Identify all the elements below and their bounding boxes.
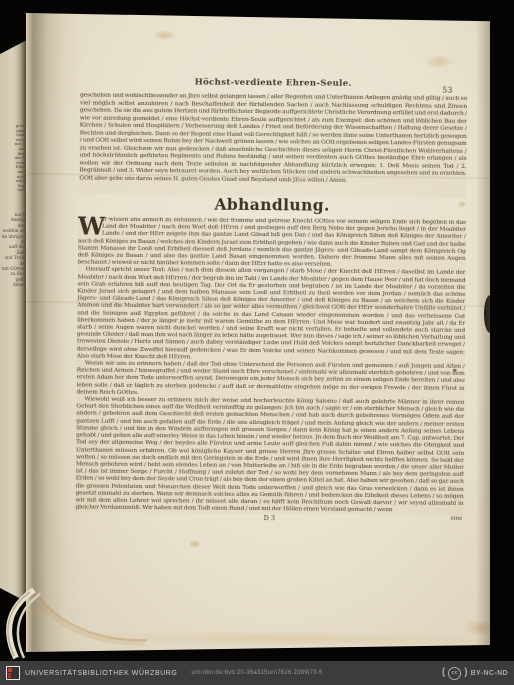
viewer-footer: UNIVERSITÄTSBIBLIOTHEK WÜRZBURG urn:nbn:… <box>0 661 514 685</box>
stain-mark <box>424 54 454 68</box>
page-content: Höchst-verdiente Ehren-Seule. 53 gescheh… <box>23 13 493 656</box>
cc-license-badge: ( cc ) BY-NC-ND <box>442 661 508 685</box>
stain-mark <box>188 539 201 548</box>
license-label: BY-NC-ND <box>471 670 508 677</box>
running-title: Höchst-verdiente Ehren-Seule. <box>80 76 466 89</box>
drop-cap-initial: W <box>78 216 100 236</box>
section-heading: Abhandlung. <box>79 193 465 215</box>
catchword: eine <box>412 515 462 521</box>
page-number: 53 <box>442 86 472 95</box>
book-page: Höchst-verdiente Ehren-Seule. 53 gescheh… <box>26 13 490 652</box>
paragraph: WJr wissen uns annoch zu entsinnen / wie… <box>78 216 466 270</box>
creative-commons-icon: cc <box>448 667 461 680</box>
stain-mark <box>153 30 177 40</box>
page-curl <box>0 588 52 660</box>
paragraph: Wiewohl weiß ich besser zu erinnern mich… <box>75 397 464 516</box>
paragraph: Woran wir uns zu erinnern haben / daß de… <box>76 361 464 400</box>
facing-page-edge: größ jüng char wart mit d anf den der T … <box>0 40 27 602</box>
facing-page-text-fragment: nach Anzeig der weithin an im übrigen m … <box>1 212 28 288</box>
body-text-block: WJr wissen uns annoch zu entsinnen / wie… <box>75 216 466 515</box>
paragraph: Hierauff spricht unser Text: Also / nach… <box>77 267 466 364</box>
bracket-right: ) <box>464 668 467 678</box>
intro-paragraph: geschehen und wohlschliessender an Jhro … <box>79 92 467 197</box>
facing-page-text-fragment: größ jüng char wart mit d anf den der T … <box>1 124 28 193</box>
bracket-left: ( <box>442 668 445 678</box>
page-edge-notch <box>484 295 496 333</box>
paragraph-text: Jr wissen uns annoch zu entsinnen / wie … <box>78 217 466 268</box>
urn-identifier: urn:nbn:de:bvb:20-35a315urn7616.2389|73-… <box>0 670 514 676</box>
stain-mark <box>463 619 497 637</box>
digitized-book-viewer: größ jüng char wart mit d anf den der T … <box>0 0 514 685</box>
